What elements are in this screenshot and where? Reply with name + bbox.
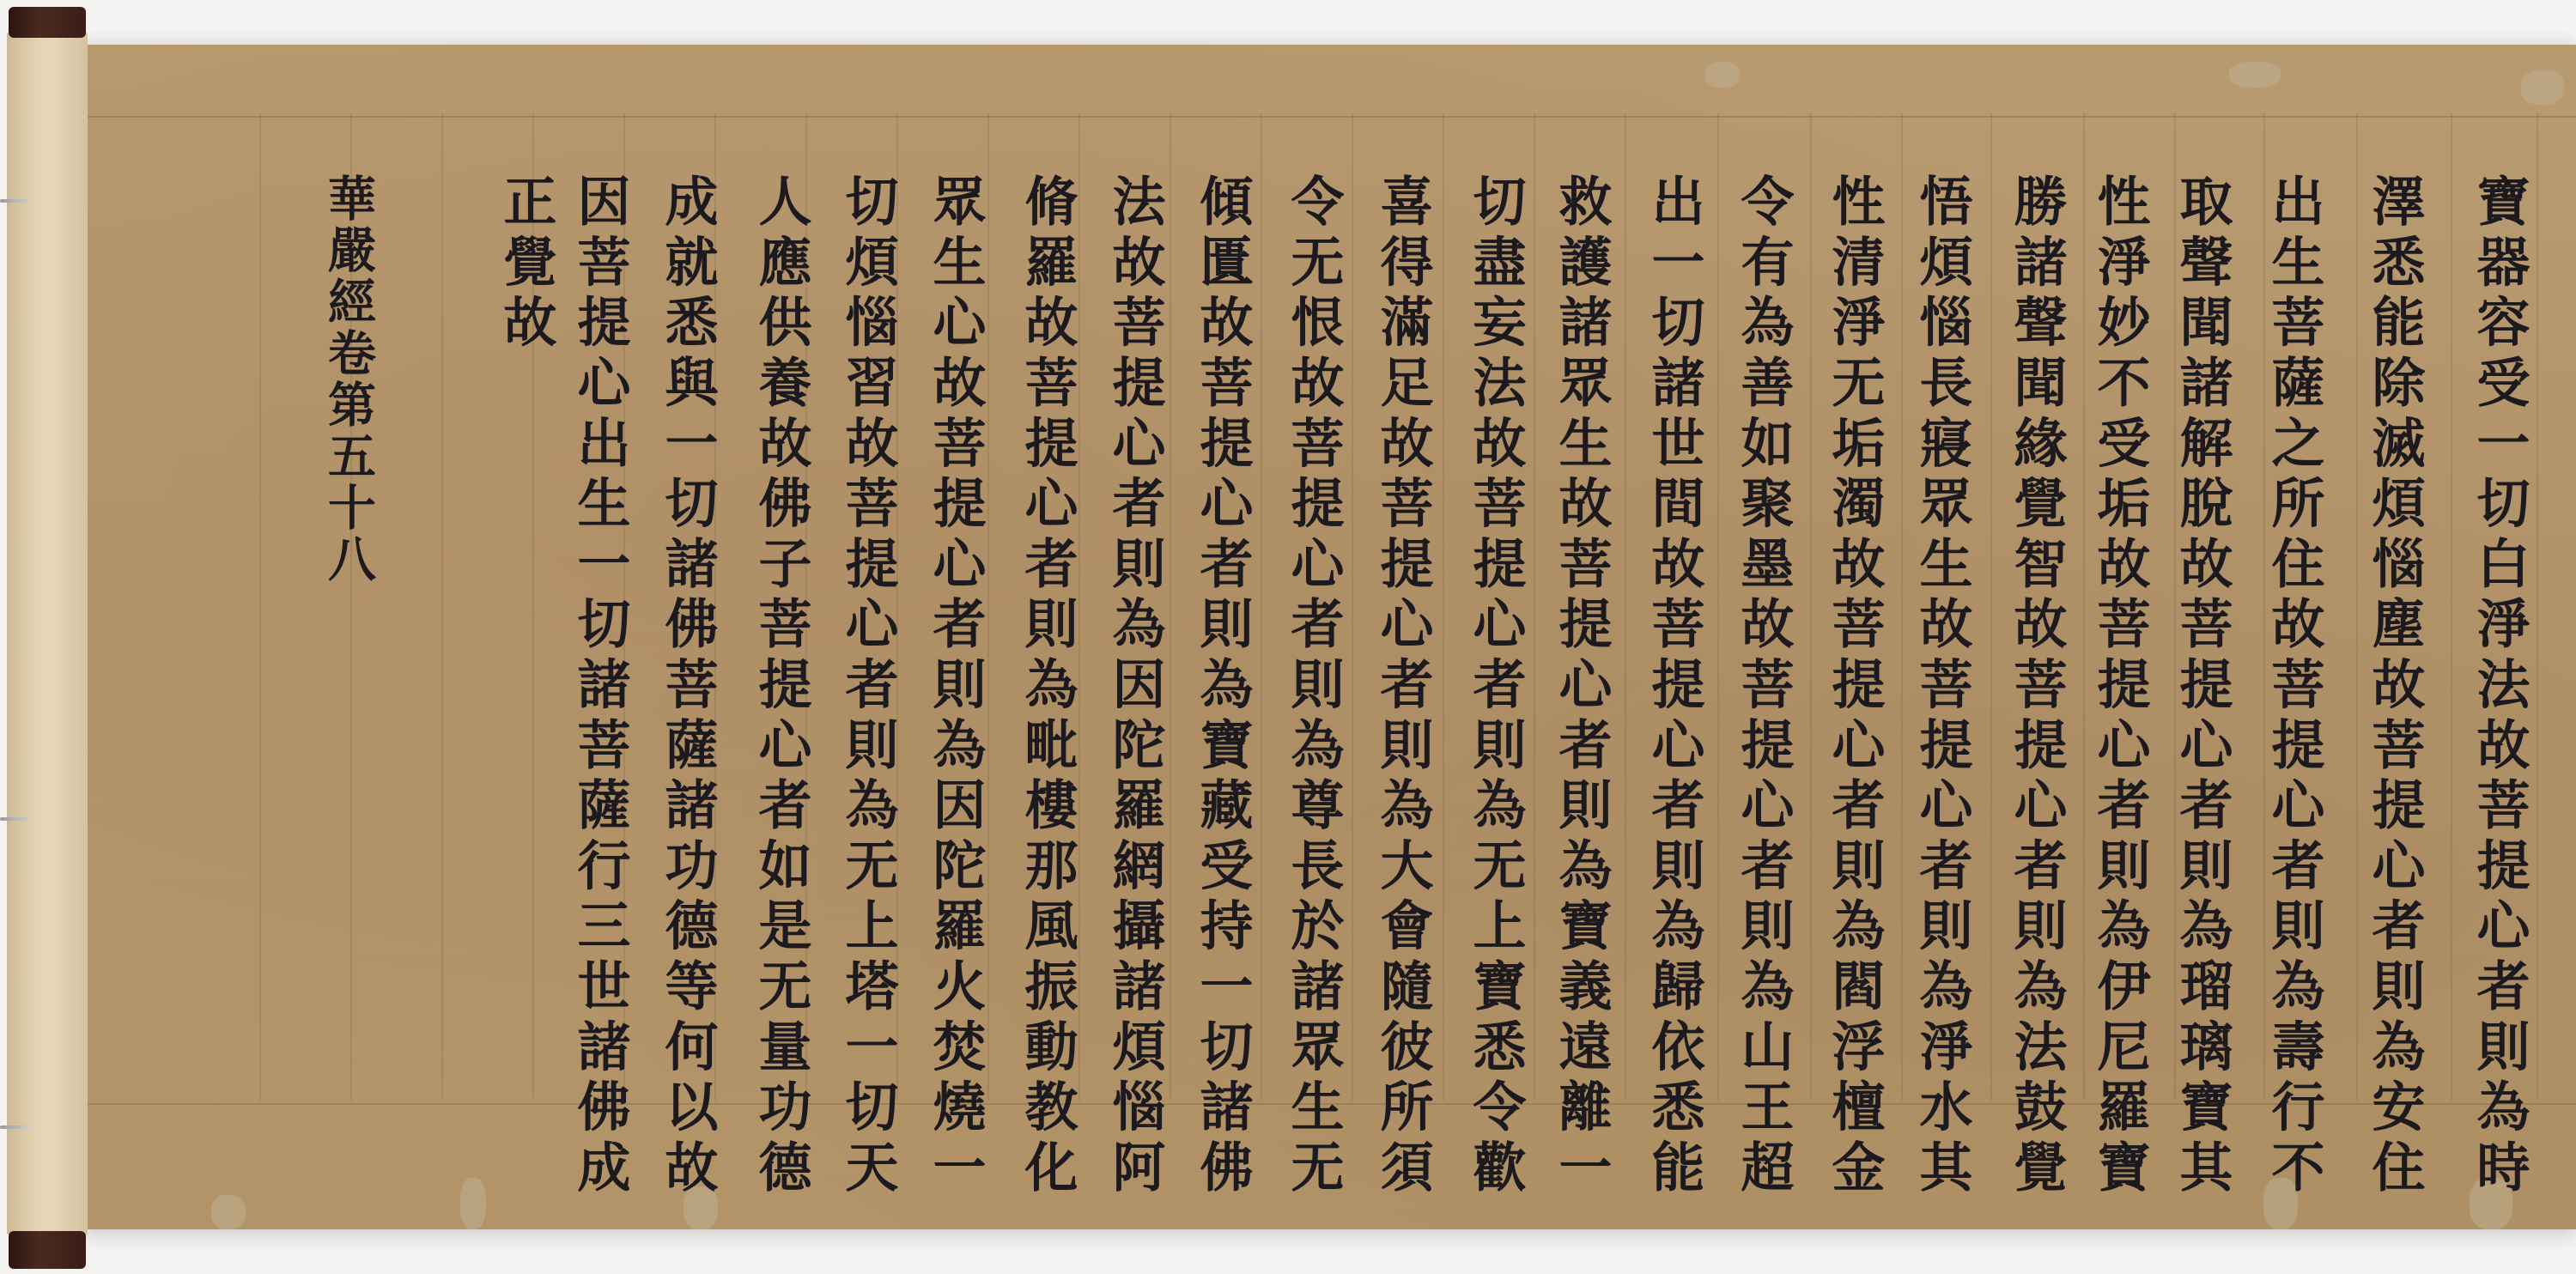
column-guide-line (259, 113, 261, 1101)
top-ruled-line (82, 116, 2576, 118)
water-stain (211, 1195, 246, 1229)
text-column: 法故菩提心者則為因陀羅網攝諸煩惱阿 (1087, 173, 1182, 1199)
mounting-pin (0, 199, 31, 203)
text-column: 取聲聞諸解脫故菩提心者則為瑠璃寶其 (2154, 173, 2249, 1199)
sutra-end-title: 華嚴經卷第五十八 (301, 173, 396, 585)
scroll-viewer: 寶器容受一切白淨法故菩提心者則為時 澤悉能除滅煩惱塵故菩提心者則為安住 出生菩薩… (0, 0, 2576, 1274)
text-column: 性清淨无垢濁故菩提心者則為閻浮檀金 (1807, 173, 1901, 1199)
text-column: 出一切諸世間故菩提心者則為歸依悉能 (1626, 173, 1721, 1199)
text-column: 悟煩惱長寢眾生故菩提心者則為淨水其 (1894, 173, 1989, 1199)
scroll-paper: 寶器容受一切白淨法故菩提心者則為時 澤悉能除滅煩惱塵故菩提心者則為安住 出生菩薩… (82, 45, 2576, 1229)
roller-body (7, 33, 88, 1235)
text-column: 澤悉能除滅煩惱塵故菩提心者則為安住 (2347, 173, 2441, 1199)
water-stain (1705, 62, 1740, 88)
column-guide-line (441, 113, 443, 1101)
mounting-pin (0, 1125, 31, 1129)
text-column: 脩羅故菩提心者則為毗樓那風振動教化 (999, 173, 1094, 1199)
text-column: 勝諸聲聞緣覺智故菩提心者則為法鼓覺 (1989, 173, 2083, 1199)
scroll-roller[interactable] (7, 7, 88, 1269)
water-stain (460, 1178, 486, 1229)
text-column: 人應供養故佛子菩提心者如是无量功德 (733, 173, 828, 1199)
text-column: 成就悉與一切諸佛菩薩諸功德等何以故 (640, 173, 734, 1199)
roller-cap-bottom (9, 1231, 86, 1269)
text-column: 救護諸眾生故菩提心者則為寶義遠離一 (1534, 173, 1628, 1199)
text-column: 切盡妄法故菩提心者則為无上寶悉令歡 (1448, 173, 1542, 1199)
roller-cap-top (9, 7, 86, 38)
text-column: 令无恨故菩提心者則為尊長於諸眾生无 (1266, 173, 1360, 1199)
text-column: 性淨妙不受垢故菩提心者則為伊尼羅寶 (2072, 173, 2166, 1199)
text-column: 正覺故 (478, 173, 573, 355)
text-column: 出生菩薩之所住故菩提心者則為壽行不 (2246, 173, 2341, 1199)
mounting-pin (0, 817, 31, 821)
text-column: 令有為善如聚墨故菩提心者則為山王超 (1716, 173, 1810, 1199)
text-column: 眾生心故菩提心者則為因陀羅火焚燒一 (908, 173, 1002, 1199)
text-column: 切煩惱習故菩提心者則為无上塔一切天 (820, 173, 914, 1199)
water-stain (2229, 62, 2281, 88)
text-column: 寶器容受一切白淨法故菩提心者則為時 (2451, 173, 2546, 1199)
water-stain (2521, 70, 2564, 105)
text-column: 喜得滿足故菩提心者則為大會隨彼所須 (1355, 173, 1449, 1199)
text-column: 傾匱故菩提心者則為寶藏受持一切諸佛 (1175, 173, 1269, 1199)
